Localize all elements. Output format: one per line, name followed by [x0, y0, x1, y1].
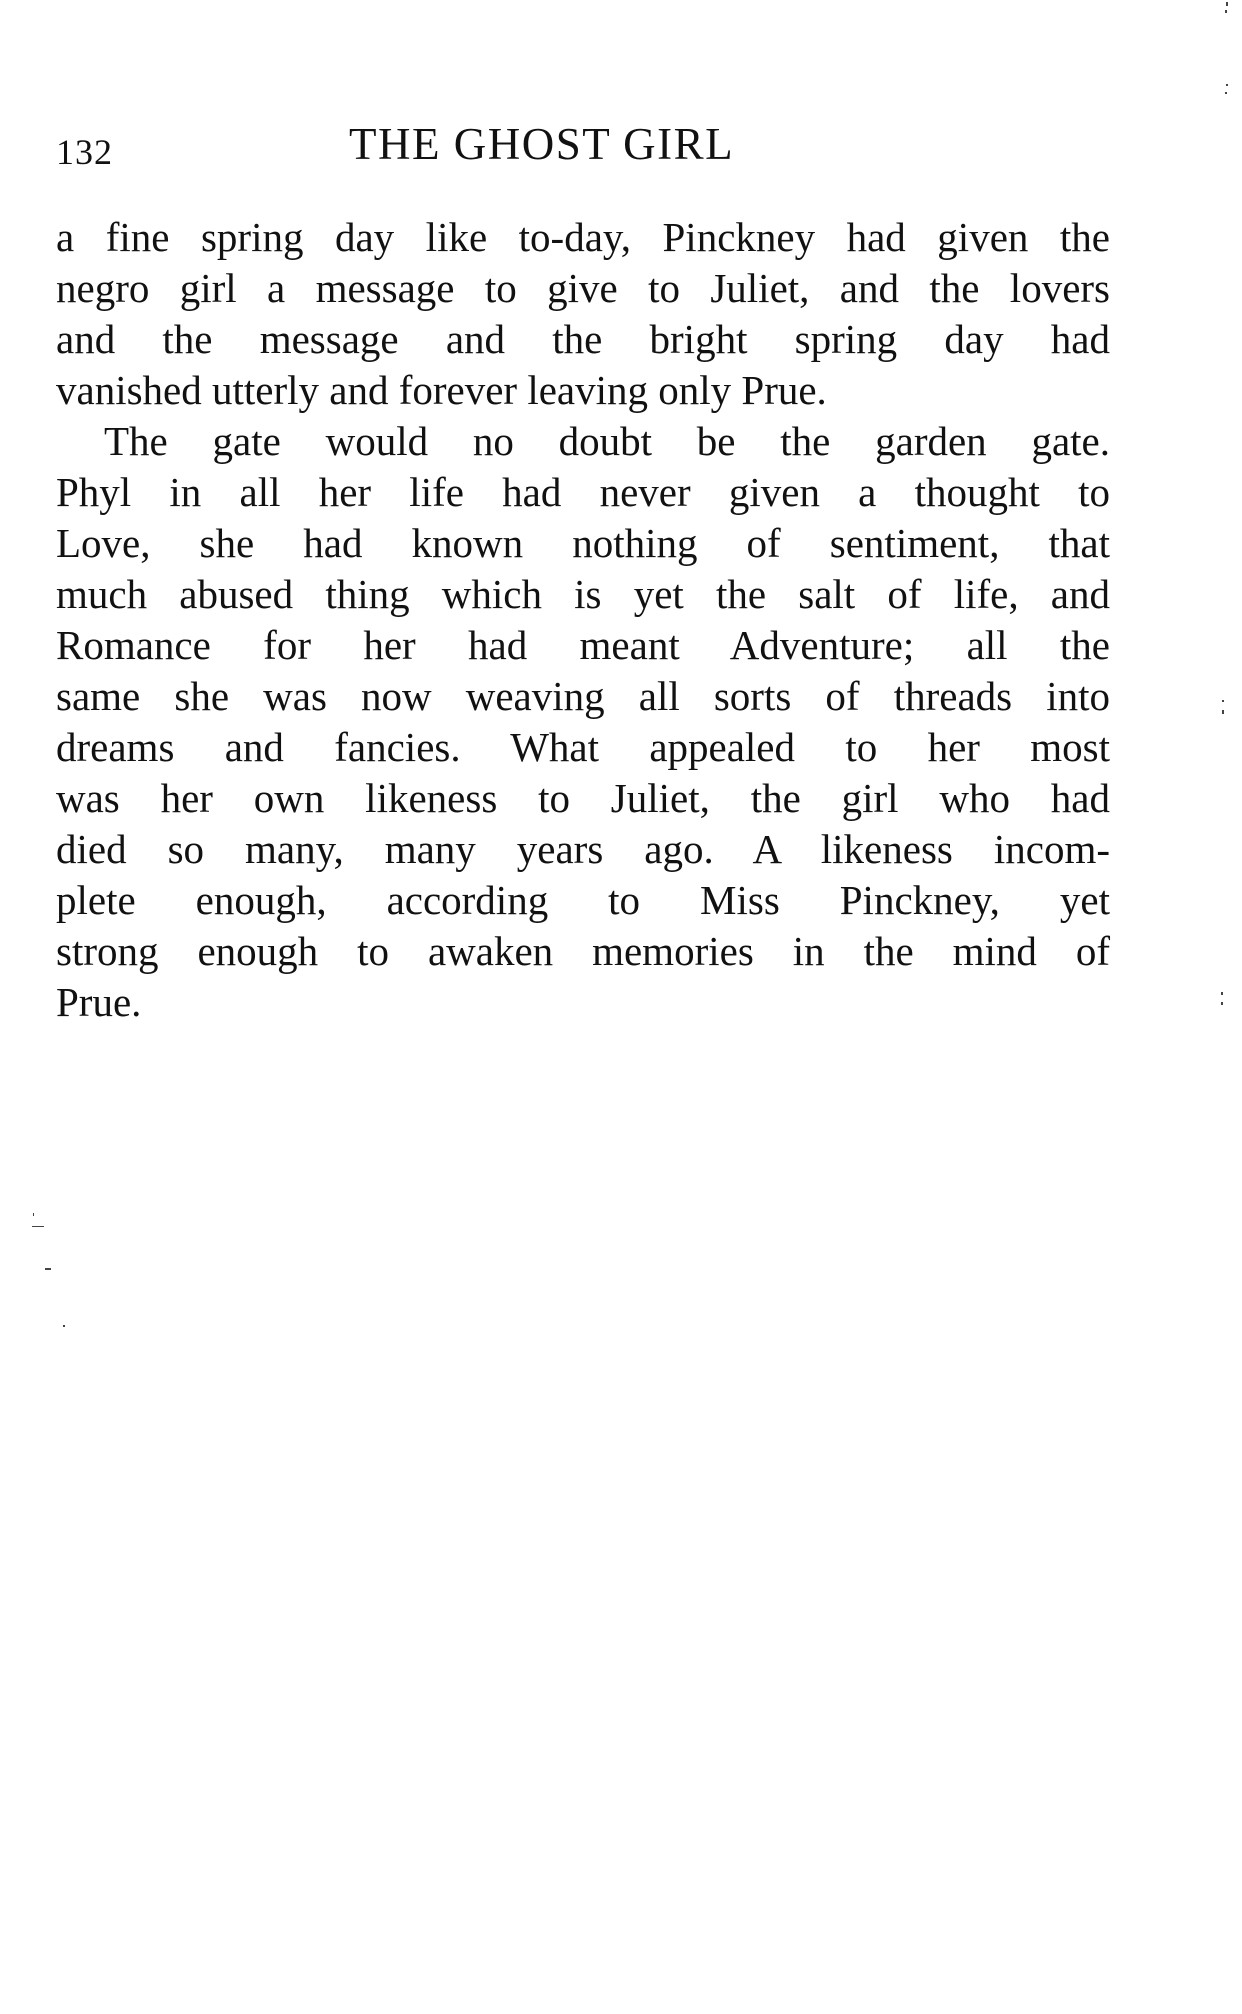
text-line: much abused thing which is yet the salt …	[56, 569, 1110, 620]
paragraph-continued: a fine spring day like to-day, Pinckney …	[56, 212, 1110, 416]
text-line: a fine spring day like to-day, Pinckney …	[56, 212, 1110, 263]
book-page: 132 THE GHOST GIRL a fine spring day lik…	[0, 0, 1242, 2014]
running-title: THE GHOST GIRL	[349, 118, 734, 170]
text-line: dreams and fancies. What appealed to her…	[56, 722, 1110, 773]
text-line: plete enough, according to Miss Pinckney…	[56, 875, 1110, 926]
scan-speck	[1226, 84, 1228, 86]
text-line: Prue.	[56, 977, 1110, 1028]
scan-speck	[1226, 2, 1228, 6]
scan-speck	[1222, 700, 1224, 702]
text-line: The gate would no doubt be the garden ga…	[56, 416, 1110, 467]
text-line: Love, she had known nothing of sentiment…	[56, 518, 1110, 569]
text-line: same she was now weaving all sorts of th…	[56, 671, 1110, 722]
text-line: and the message and the bright spring da…	[56, 314, 1110, 365]
body-text: a fine spring day like to-day, Pinckney …	[56, 212, 1110, 1028]
text-line: strong enough to awaken memories in the …	[56, 926, 1110, 977]
text-line: negro girl a message to give to Juliet, …	[56, 263, 1110, 314]
scan-speck	[63, 1325, 65, 1327]
text-line: died so many, many years ago. A likeness…	[56, 824, 1110, 875]
text-line: Phyl in all her life had never given a t…	[56, 467, 1110, 518]
scan-speck	[45, 1268, 51, 1270]
text-line: was her own likeness to Juliet, the girl…	[56, 773, 1110, 824]
scan-speck	[33, 1213, 34, 1216]
scan-speck	[32, 1226, 44, 1227]
scan-speck	[1222, 710, 1224, 714]
page-number: 132	[56, 132, 113, 172]
scan-speck	[1225, 92, 1227, 94]
scan-speck	[1221, 992, 1223, 995]
text-line: Romance for her had meant Adventure; all…	[56, 620, 1110, 671]
running-head: 132 THE GHOST GIRL	[56, 118, 1110, 174]
text-line: vanished utterly and forever leaving onl…	[56, 365, 1110, 416]
scan-speck	[1225, 10, 1227, 13]
scan-speck	[1221, 1002, 1223, 1005]
paragraph: The gate would no doubt be the garden ga…	[56, 416, 1110, 1028]
